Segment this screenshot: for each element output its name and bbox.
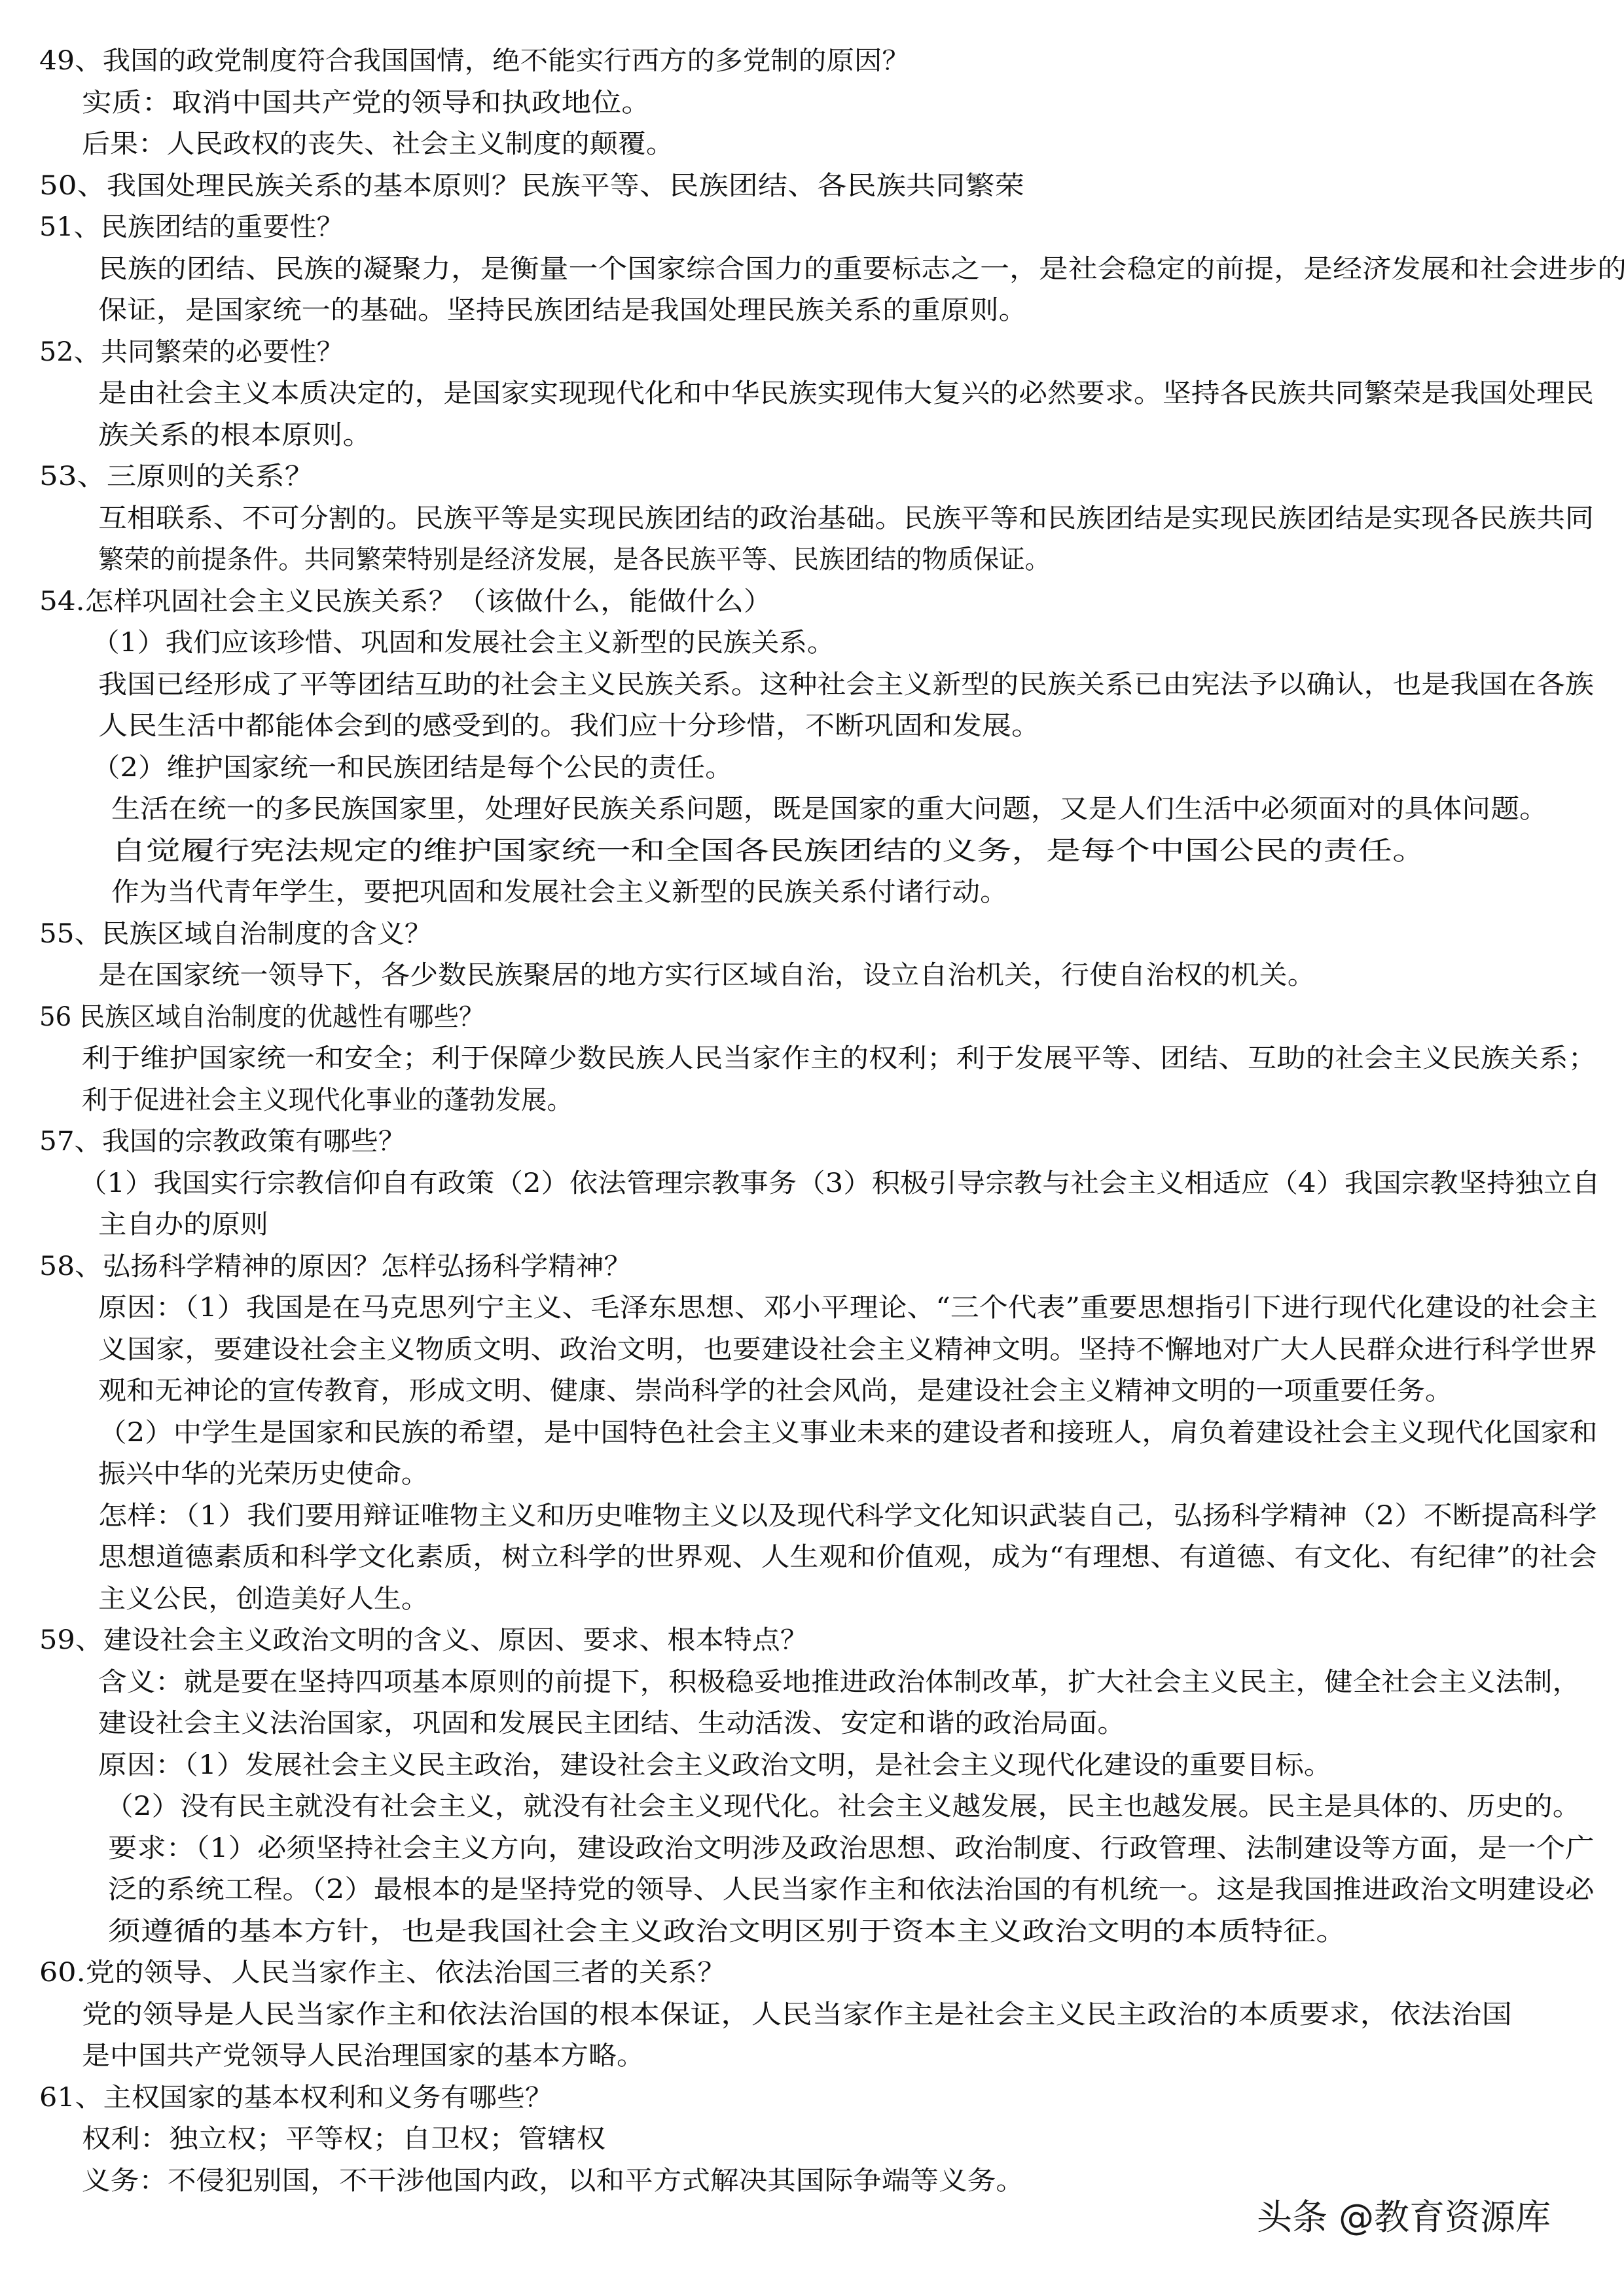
text-line: 利于促进社会主义现代化事业的蓬勃发展。 bbox=[82, 1083, 573, 1118]
text-line: 主自办的原则 bbox=[98, 1207, 268, 1242]
text-line: （2）维护国家统一和民族团结是每个公民的责任。 bbox=[92, 750, 733, 785]
text-line: 义务：不侵犯别国，不干涉他国内政，以和平方式解决其国际争端等义务。 bbox=[82, 2163, 1024, 2198]
text-line: 后果：人民政权的丧失、社会主义制度的颠覆。 bbox=[82, 126, 674, 162]
text-line: 振兴中华的光荣历史使命。 bbox=[98, 1456, 429, 1492]
text-line: 思想道德素质和科学文化素质，树立科学的世界观、人生观和价值观，成为“有理想、有道… bbox=[98, 1539, 1597, 1575]
text-line: 55、民族区域自治制度的含义？ bbox=[39, 916, 432, 952]
text-line: 59、建设社会主义政治文明的含义、原因、要求、根本特点？ bbox=[39, 1623, 808, 1658]
text-line: 自觉履行宪法规定的维护国家统一和全国各民族团结的义务，是每个中国公民的责任。 bbox=[111, 833, 1427, 869]
text-line: 原因：（1）发展社会主义民主政治，建设社会主义政治文明，是社会主义现代化建设的重… bbox=[98, 1748, 1332, 1783]
text-line: 泛的系统工程。（2）最根本的是坚持党的领导、人民当家作主和依法治国的有机统一。这… bbox=[108, 1872, 1595, 1907]
text-line: 是在国家统一领导下，各少数民族聚居的地方实行区域自治，设立自治机关，行使自治权的… bbox=[98, 958, 1316, 993]
text-line: 54.怎样巩固社会主义民族关系？（该做什么，能做什么） bbox=[39, 584, 772, 619]
text-line: （1）我国实行宗教信仰自有政策（2）依法管理宗教事务（3）积极引导宗教与社会主义… bbox=[79, 1166, 1600, 1201]
text-line: 56 民族区域自治制度的优越性有哪些？ bbox=[39, 999, 484, 1035]
text-line: 互相联系、不可分割的。民族平等是实现民族团结的政治基础。民族平等和民族团结是实现… bbox=[98, 501, 1594, 536]
text-line: （2）中学生是国家和民族的希望，是中国特色社会主义事业未来的建设者和接班人，肩负… bbox=[98, 1415, 1597, 1450]
text-line: 要求：（1）必须坚持社会主义方向，建设政治文明涉及政治思想、政治制度、行政管理、… bbox=[108, 1831, 1595, 1866]
text-line: 党的领导是人民当家作主和依法治国的根本保证，人民当家作主是社会主义民主政治的本质… bbox=[82, 1997, 1512, 2032]
text-line: 生活在统一的多民族国家里，处理好民族关系问题，既是国家的重大问题，又是人们生活中… bbox=[111, 791, 1548, 827]
text-line: 人民生活中都能体会到的感受到的。我们应十分珍惜，不断巩固和发展。 bbox=[98, 708, 1041, 744]
text-line: 怎样：（1）我们要用辩证唯物主义和历史唯物主义以及现代科学文化知识武装自己，弘扬… bbox=[98, 1498, 1597, 1534]
text-line: 61、主权国家的基本权利和义务有哪些？ bbox=[39, 2080, 553, 2115]
text-line: （1）我们应该珍惜、巩固和发展社会主义新型的民族关系。 bbox=[92, 625, 835, 660]
watermark: 头条 @教育资源库 bbox=[1257, 2191, 1551, 2244]
text-line: 51、民族团结的重要性？ bbox=[39, 209, 344, 245]
text-line: 民族的团结、民族的凝聚力，是衡量一个国家综合国力的重要标志之一，是社会稳定的前提… bbox=[98, 251, 1624, 287]
text-line: 繁荣的前提条件。共同繁荣特别是经济发展，是各民族平等、民族团结的物质保证。 bbox=[98, 542, 1051, 577]
text-line: 57、我国的宗教政策有哪些？ bbox=[39, 1124, 406, 1159]
text-line: 含义：就是要在坚持四项基本原则的前提下，积极稳妥地推进政治体制改革，扩大社会主义… bbox=[98, 1664, 1581, 1700]
document-page: 49、我国的政党制度符合我国国情，绝不能实行西方的多党制的原因？实质：取消中国共… bbox=[0, 0, 1624, 2296]
text-line: 须遵循的基本方针，也是我国社会主义政治文明区别于资本主义政治文明的本质特征。 bbox=[108, 1914, 1348, 1949]
text-line: 原因：（1）我国是在马克思列宁主义、毛泽东思想、邓小平理论、“三个代表”重要思想… bbox=[98, 1290, 1597, 1325]
text-line: 观和无神论的宣传教育，形成文明、健康、崇尚科学的社会风尚，是建设社会主义精神文明… bbox=[98, 1373, 1453, 1408]
text-line: 49、我国的政党制度符合我国国情，绝不能实行西方的多党制的原因？ bbox=[39, 43, 910, 79]
text-line: 族关系的根本原则。 bbox=[98, 418, 373, 453]
text-line: 保证，是国家统一的基础。坚持民族团结是我国处理民族关系的重原则。 bbox=[98, 293, 1028, 328]
text-line: 义国家，要建设社会主义物质文明、政治文明，也要建设社会主义精神文明。坚持不懈地对… bbox=[98, 1332, 1597, 1367]
text-line: 58、弘扬科学精神的原因？怎样弘扬科学精神？ bbox=[39, 1249, 632, 1284]
text-line: 60.党的领导、人民当家作主、依法治国三者的关系？ bbox=[39, 1955, 727, 1990]
text-line: 52、共同繁荣的必要性？ bbox=[39, 334, 344, 370]
text-line: 是中国共产党领导人民治理国家的基本方略。 bbox=[82, 2038, 645, 2073]
text-line: 是由社会主义本质决定的，是国家实现现代化和中华民族实现伟大复兴的必然要求。坚持各… bbox=[98, 376, 1594, 411]
text-line: （2）没有民主就没有社会主义，就没有社会主义现代化。社会主义越发展，民主也越发展… bbox=[105, 1789, 1581, 1824]
text-line: 50、我国处理民族关系的基本原则？民族平等、民族团结、各民族共同繁荣 bbox=[39, 168, 1024, 204]
text-line: 建设社会主义法治国家，巩固和发展民主团结、生动活泼、安定和谐的政治局面。 bbox=[98, 1706, 1126, 1741]
text-line: 53、三原则的关系？ bbox=[39, 459, 314, 494]
text-line: 权利：独立权；平等权；自卫权；管辖权 bbox=[82, 2121, 605, 2157]
text-line: 利于维护国家统一和安全；利于保障少数民族人民当家作主的权利；利于发展平等、团结、… bbox=[82, 1041, 1597, 1076]
text-line: 主义公民，创造美好人生。 bbox=[98, 1581, 429, 1617]
text-line: 实质：取消中国共产党的领导和执政地位。 bbox=[82, 85, 651, 120]
text-line: 作为当代青年学生，要把巩固和发展社会主义新型的民族关系付诸行动。 bbox=[111, 874, 1008, 910]
text-line: 我国已经形成了平等团结互助的社会主义民族关系。这种社会主义新型的民族关系已由宪法… bbox=[98, 667, 1594, 702]
